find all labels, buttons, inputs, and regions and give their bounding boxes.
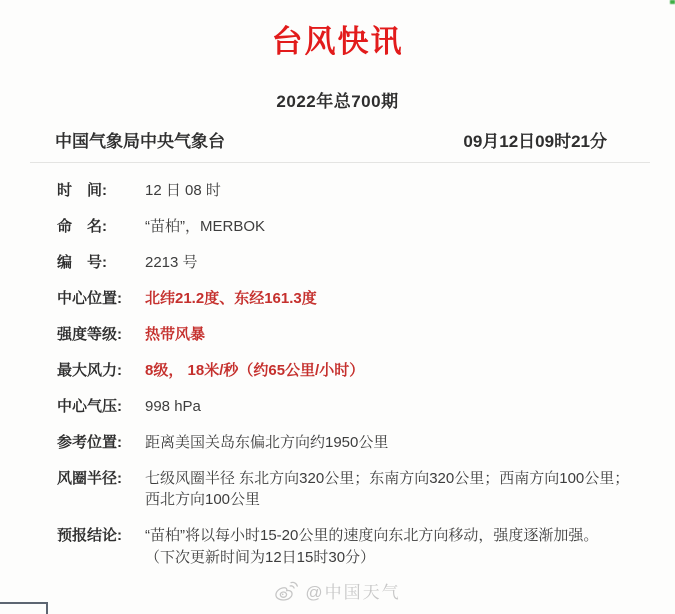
field-value-wrap: 热带风暴: [145, 324, 637, 345]
field-label: 时 间:: [57, 180, 145, 201]
field-value-wrap: “苗柏”将以每小时15-20公里的速度向东北方向移动，强度逐渐加强。 （下次更新…: [145, 525, 637, 568]
issue-number: 2022年总700期: [0, 87, 675, 112]
field-row: 参考位置: 距离美国关岛东偏北方向约1950公里: [57, 432, 637, 453]
field-value-wrap: 北纬21.2度、东经161.3度: [145, 288, 637, 309]
field-row: 中心气压: 998 hPa: [57, 396, 637, 417]
watermark-text: @中国天气: [305, 578, 400, 603]
field-value-wrap: 998 hPa: [145, 396, 637, 417]
field-row: 预报结论: “苗柏”将以每小时15-20公里的速度向东北方向移动，强度逐渐加强。…: [57, 525, 637, 568]
weibo-icon: [274, 580, 298, 602]
field-row: 中心位置: 北纬21.2度、东经161.3度: [57, 288, 637, 309]
page-title: 台风快讯: [0, 0, 675, 61]
field-label: 参考位置:: [57, 432, 145, 453]
field-row: 风圈半径: 七级风圈半径 东北方向320公里；东南方向320公里；西南方向100…: [57, 468, 637, 510]
field-value: “苗柏”将以每小时15-20公里的速度向东北方向移动，强度逐渐加强。: [145, 525, 637, 546]
agency-name: 中国气象局中央气象台: [55, 131, 225, 153]
field-row: 命 名: “苗柏”，MERBOK: [57, 216, 637, 237]
field-list: 时 间: 12 日 08 时 命 名: “苗柏”，MERBOK 编 号: 221…: [57, 180, 637, 568]
field-note: （下次更新时间为12日15时30分）: [145, 547, 637, 568]
field-row: 最大风力: 8级， 18米/秒（约65公里/小时）: [57, 360, 637, 381]
field-label: 强度等级:: [57, 324, 145, 345]
field-value: “苗柏”，MERBOK: [145, 216, 637, 237]
field-value: 七级风圈半径 东北方向320公里；东南方向320公里；西南方向100公里；西北方…: [145, 468, 637, 510]
field-row: 强度等级: 热带风暴: [57, 324, 637, 345]
corner-box-outline: [0, 602, 48, 614]
field-label: 最大风力:: [57, 360, 145, 381]
corner-artifact-dot: [670, 0, 675, 4]
field-value: 8级， 18米/秒（约65公里/小时）: [145, 360, 637, 381]
watermark: @中国天气: [0, 578, 675, 603]
field-label: 风圈半径:: [57, 468, 145, 510]
field-value: 2213 号: [145, 252, 637, 273]
field-value-wrap: 距离美国关岛东偏北方向约1950公里: [145, 432, 637, 453]
field-row: 编 号: 2213 号: [57, 252, 637, 273]
field-label: 命 名:: [57, 216, 145, 237]
field-value-wrap: 12 日 08 时: [145, 180, 637, 201]
field-value-wrap: “苗柏”，MERBOK: [145, 216, 637, 237]
field-value: 距离美国关岛东偏北方向约1950公里: [145, 432, 637, 453]
field-value-wrap: 2213 号: [145, 252, 637, 273]
field-row: 时 间: 12 日 08 时: [57, 180, 637, 201]
field-label: 预报结论:: [57, 525, 145, 568]
bulletin-meta: 中国气象局中央气象台 09月12日09时21分: [55, 131, 607, 153]
field-value-wrap: 七级风圈半径 东北方向320公里；东南方向320公里；西南方向100公里；西北方…: [145, 468, 637, 510]
field-value: 998 hPa: [145, 396, 637, 417]
field-value-wrap: 8级， 18米/秒（约65公里/小时）: [145, 360, 637, 381]
field-label: 编 号:: [57, 252, 145, 273]
field-value: 12 日 08 时: [145, 180, 637, 201]
field-value: 热带风暴: [145, 324, 637, 345]
field-label: 中心气压:: [57, 396, 145, 417]
field-label: 中心位置:: [57, 288, 145, 309]
field-value: 北纬21.2度、东经161.3度: [145, 288, 637, 309]
header-divider: [30, 162, 650, 163]
issue-datetime: 09月12日09时21分: [463, 131, 607, 153]
